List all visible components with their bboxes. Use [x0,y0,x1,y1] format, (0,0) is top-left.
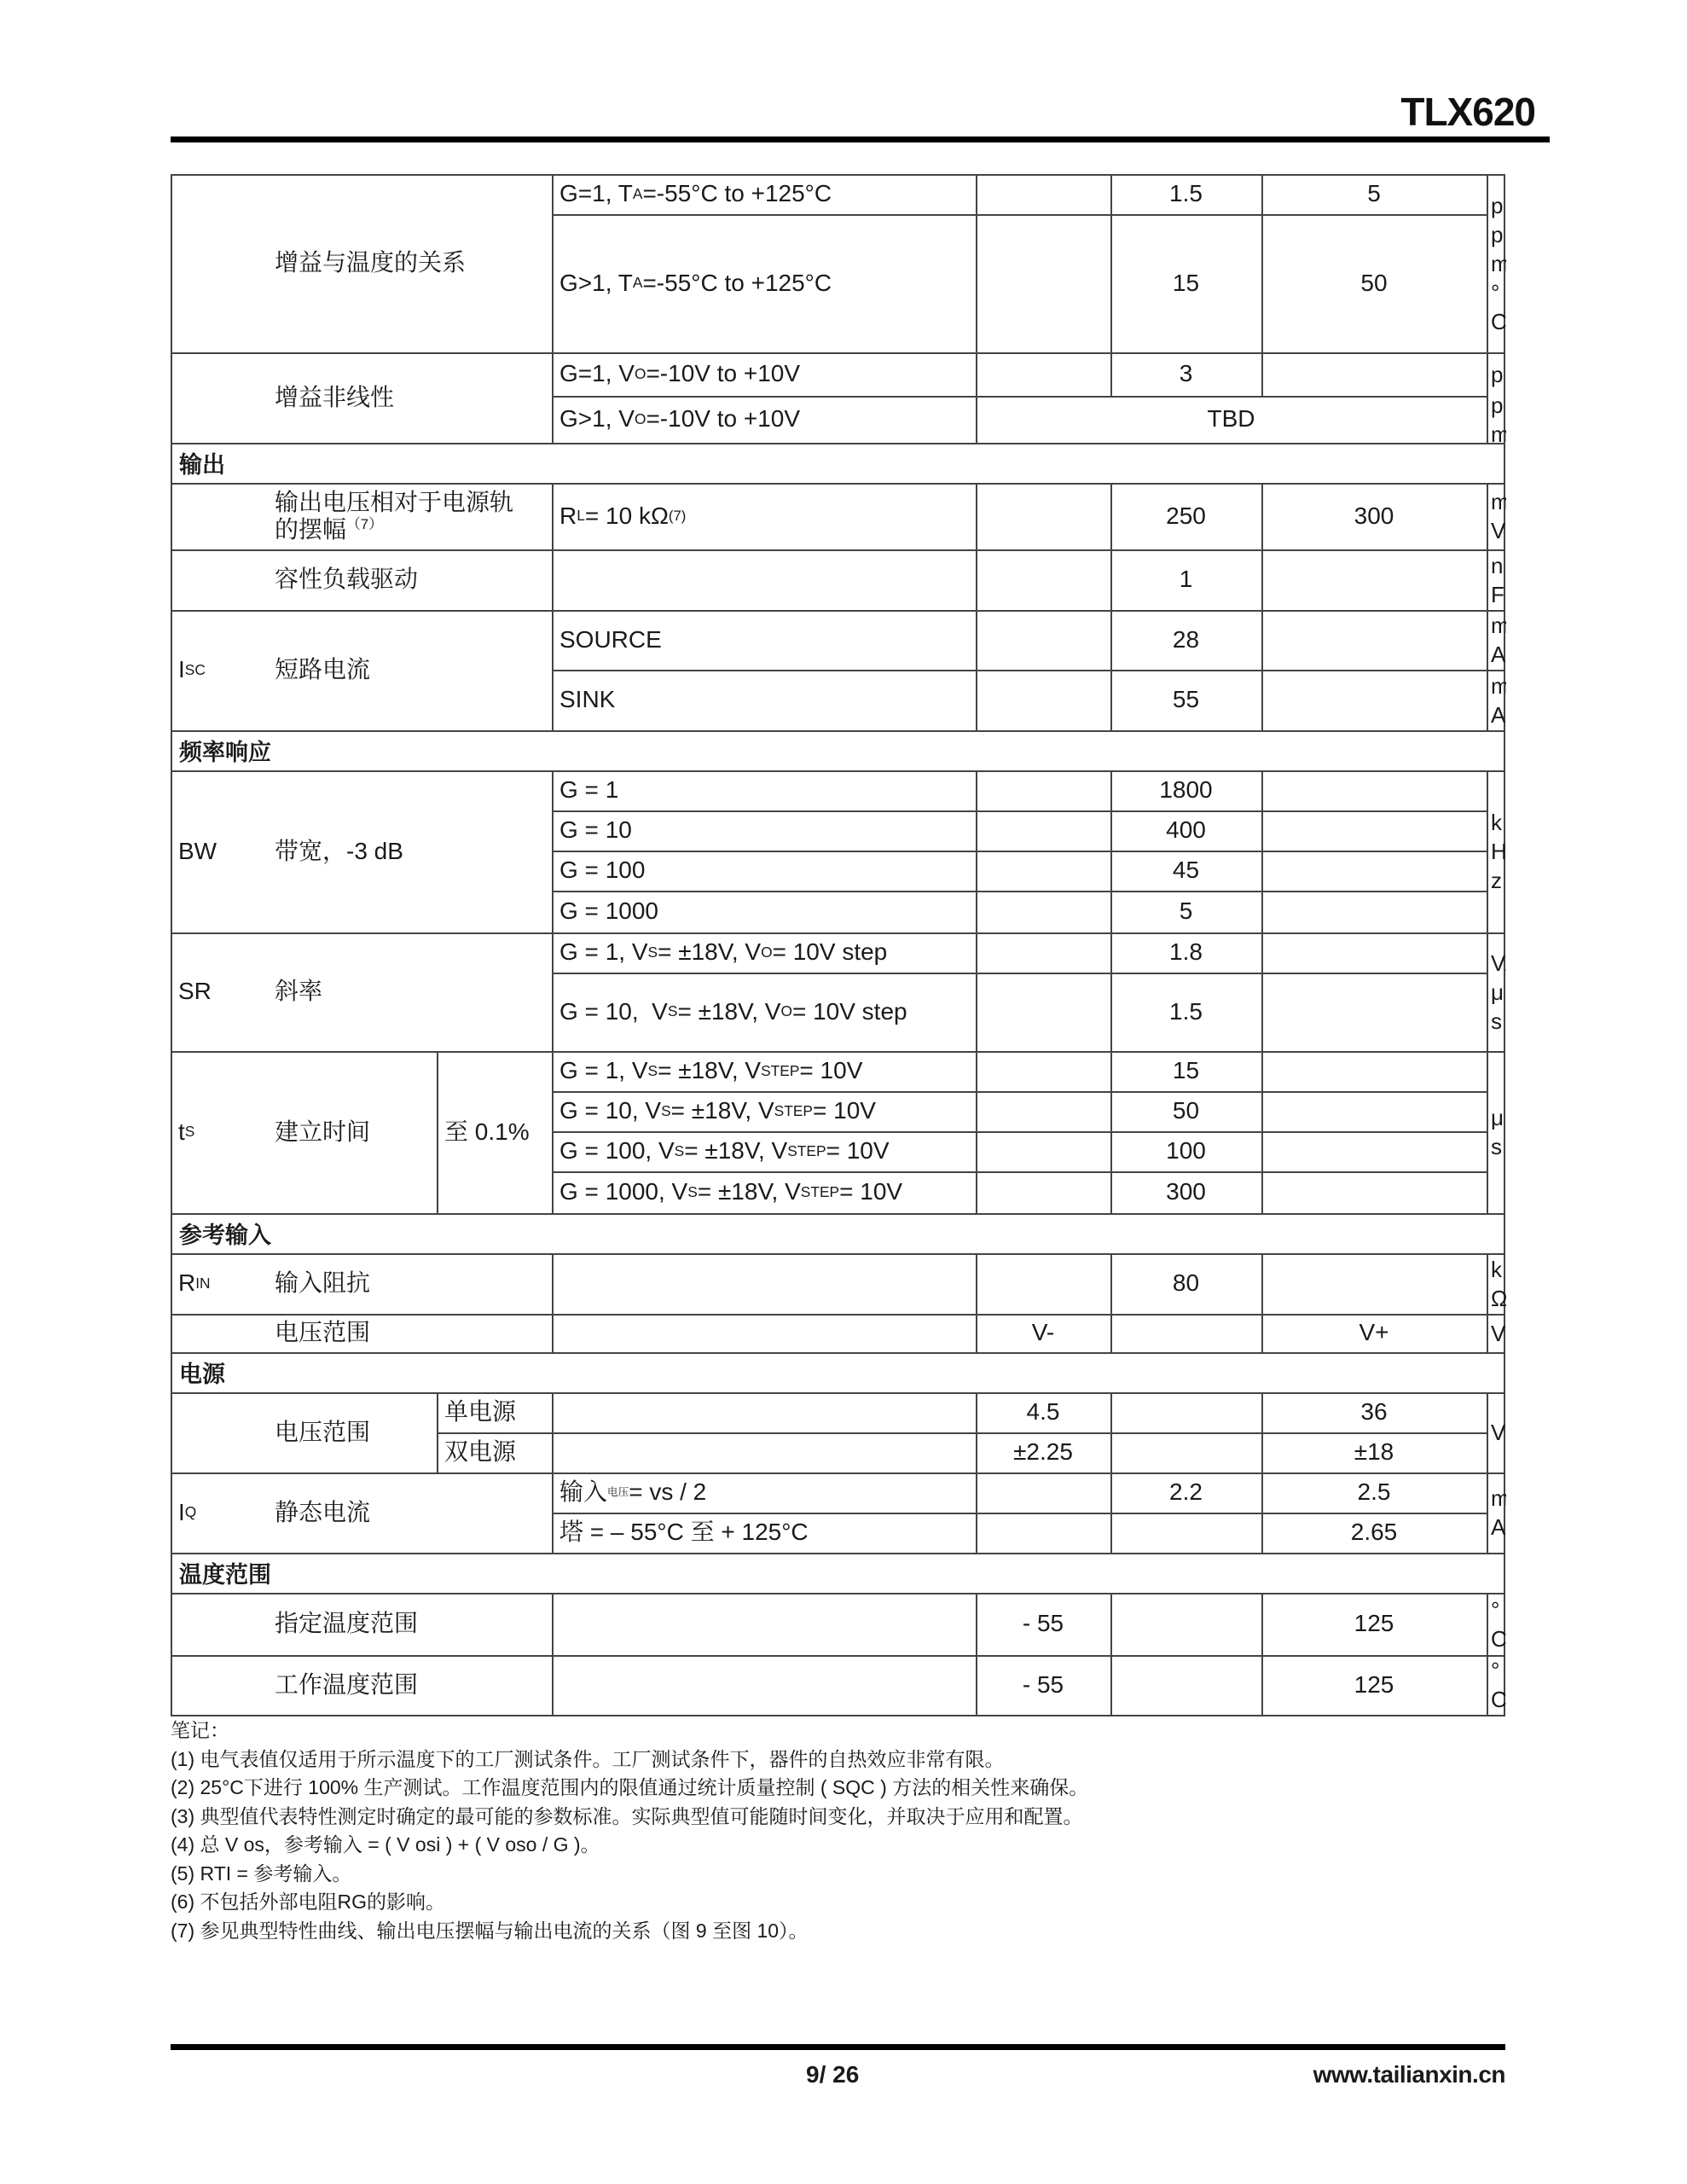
condition-cell: G = 1 [559,770,969,810]
cond-text: G = 10, V [559,998,668,1025]
note-item: (2) 25°C下进行 100% 生产测试。工作温度范围内的限值通过统计质量控制… [171,1774,1088,1803]
row-divider [171,443,1505,444]
max-value: 5 [1261,174,1487,214]
typ-value: 15 [1110,1051,1261,1091]
unit-cell: V/μs [1491,932,1506,1051]
unit-text: pm [1491,396,1503,443]
max-value: ±18 [1261,1432,1487,1472]
cond-text: = 10 kΩ [585,502,669,530]
max-value: 2.65 [1261,1513,1487,1553]
condition-cell: G>1, TA=-55°C to +125°C [559,214,969,352]
symbol-sr: SR [178,932,264,1051]
cond-text: G=1, T [559,180,633,207]
typ-value: 55 [1110,670,1261,730]
condition-cell: G = 10, VS = ±18V, VO = 10V step [559,973,969,1051]
cond-text: G = 100, V [559,1137,675,1165]
website-link[interactable]: www.tailianxin.cn [1313,2061,1505,2088]
param-capacitive-load: 容性负载驱动 [275,549,548,610]
unit-text: ppm/°C [1491,191,1503,336]
typ-value: 100 [1110,1131,1261,1171]
max-value: 50 [1261,214,1487,352]
qualifier-cell: 至 0.1% [444,1051,550,1213]
header-rule [171,136,1550,142]
cond-sub: O [761,944,773,961]
unit-cell: kHz [1491,770,1506,932]
param-settling-time: 建立时间 [275,1051,432,1213]
condition-cell: G>1, VO=-10V to +10V [559,396,969,443]
cond-text: = 10V [826,1137,890,1165]
cond-sub: S [687,1184,698,1201]
param-slew-rate: 斜率 [275,932,548,1051]
param-specified-temp-range: 指定温度范围 [275,1593,548,1655]
document-title: TLX620 [1400,89,1535,135]
cond-sub: L [577,508,585,525]
unit-cell: ppm/°C [1491,174,1506,352]
max-value: 2.5 [1261,1472,1487,1513]
cond-sub: STEP [787,1143,826,1160]
symbol-text: I [178,1499,185,1526]
typ-value: 300 [1110,1171,1261,1213]
unit-cell: mA [1491,670,1506,730]
cond-sub: STEP [801,1184,839,1201]
unit-cell: kΩ [1491,1253,1506,1314]
col-divider [552,770,554,1213]
col-divider [976,770,977,1213]
min-value: - 55 [976,1593,1110,1655]
cond-text: = ±18V, V [698,1178,801,1205]
unit-text: °C [1491,1656,1503,1714]
cond-text: = ±18V, V [684,1137,787,1165]
cond-text: G = 10, V [559,1097,661,1124]
min-value: 4.5 [976,1392,1110,1432]
cond-text: G = 1, V [559,1057,648,1084]
symbol-sub: IN [195,1275,210,1292]
param-voltage-range-rti: 电压范围 [275,1314,548,1352]
condition-cell: G = 100, VS = ±18V, VSTEP = 10V [559,1131,969,1171]
condition-cell: G = 10, VS = ±18V, VSTEP = 10V [559,1091,969,1131]
tbd-value: TBD [976,396,1487,443]
condition-cell: 塔 = – 55°C 至 + 125°C [559,1513,969,1553]
cond-text: = vs / 2 [629,1478,706,1506]
cond-text: = 10V [813,1097,876,1124]
symbol-sub: Q [185,1504,197,1521]
cond-sub: S [661,1103,671,1120]
cond-text: G>1, T [559,270,633,297]
condition-cell: G = 1000, VS = ±18V, VSTEP = 10V [559,1171,969,1213]
symbol-isc: ISC [178,610,264,730]
col-divider [1487,483,1488,730]
condition-cell: G = 1, VS = ±18V, VO = 10V step [559,932,969,973]
symbol-text: I [178,656,185,683]
unit-cell: μs [1491,1051,1506,1213]
cond-sub: S [648,944,658,961]
typ-value: 2.2 [1110,1472,1261,1513]
unit-text: p [1491,360,1506,389]
cond-text: = 10V step [773,938,888,966]
note-item: (1) 电气表值仅适用于所示温度下的工厂测试条件。工厂测试条件下，器件的自热效应… [171,1745,1088,1774]
max-value: V+ [1261,1314,1487,1352]
col-divider [1487,1593,1488,1715]
note-item: (3) 典型值代表特性测定时确定的最可能的参数标准。实际典型值可能随时间变化，并… [171,1803,1088,1832]
section-frequency-response: 频率响应 [179,730,271,770]
col-divider [1487,1392,1488,1553]
typ-value: 28 [1110,610,1261,670]
typ-value: 250 [1110,483,1261,549]
cond-text: = ±18V, V [671,1097,774,1124]
typ-value: 1.5 [1110,174,1261,214]
col-divider [437,1051,438,1213]
param-text: 输出电压相对于电源轨 [275,489,513,516]
cond-sub: A [633,275,643,292]
cond-sub: O [635,411,646,428]
cond-sub: S [675,1143,685,1160]
unit-text: mA [1491,611,1503,669]
unit-text: mV [1491,487,1503,545]
condition-cell: SOURCE [559,610,969,670]
cond-sub: A [633,186,643,203]
condition-cell: G = 100 [559,851,969,891]
cond-text: = ±18V, V [658,1057,761,1084]
max-value: 125 [1261,1655,1487,1715]
notes-block: 笔记： (1) 电气表值仅适用于所示温度下的工厂测试条件。工厂测试条件下，器件的… [171,1716,1088,1945]
col-divider [552,483,554,730]
cond-sub: STEP [761,1063,799,1080]
unit-cell: mV [1491,483,1506,549]
cond-text: 输入 [559,1478,607,1506]
param-short-circuit: 短路电流 [275,610,548,730]
cond-text: G = 1000, V [559,1178,687,1205]
param-gain-nonlinearity: 增益非线性 [275,352,548,443]
unit-cell: V [1491,1314,1506,1352]
cond-text: = 10V [799,1057,862,1084]
col-divider [1110,1593,1112,1715]
symbol-text: R [178,1269,195,1297]
param-quiescent-current: 静态电流 [275,1472,548,1553]
row-divider [171,1213,1505,1215]
col-divider [1487,770,1488,1213]
cond-sub: O [635,366,646,383]
symbol-sub: SC [185,662,206,679]
cond-text: G = 1, V [559,938,648,966]
param-output-swing: 输出电压相对于电源轨 的摆幅（7） [275,483,548,549]
note-item: (7) 参见典型特性曲线、输出电压摆幅与输出电流的关系（图 9 至图 10）。 [171,1917,1088,1946]
param-input-impedance: 输入阻抗 [275,1253,548,1314]
col-divider [552,1253,554,1352]
cond-sub: S [648,1063,658,1080]
notes-title: 笔记： [171,1716,1088,1745]
condition-cell: G = 1000 [559,891,969,932]
condition-cell: 输入电压 = vs / 2 [559,1472,969,1513]
typ-value: 3 [1110,352,1261,396]
col-divider [552,1593,554,1715]
section-temperature-range: 温度范围 [179,1553,271,1593]
unit-cell: °C [1491,1593,1506,1655]
param-gain-vs-temp: 增益与温度的关系 [275,174,548,352]
max-value: 300 [1261,483,1487,549]
cond-text: =-10V to +10V [646,360,800,387]
col-divider [1261,770,1263,1213]
min-value: V- [976,1314,1110,1352]
condition-cell: G = 1, VS = ±18V, VSTEP = 10V [559,1051,969,1091]
col-divider [552,174,554,443]
max-value: 125 [1261,1593,1487,1655]
typ-value: 1.8 [1110,932,1261,973]
condition-cell: G=1, VO=-10V to +10V [559,352,969,396]
symbol-iq: IQ [178,1472,264,1553]
param-supply-voltage-range: 电压范围 [275,1392,432,1472]
cond-sub: 电压 [607,1486,629,1498]
cond-text: G=1, V [559,360,635,387]
row-divider [171,730,1505,732]
unit-text: kHz [1491,808,1503,895]
typ-value: 50 [1110,1091,1261,1131]
unit-cell: V [1491,1392,1506,1472]
cond-text: =-55°C to +125°C [642,180,832,207]
cond-sub: STEP [774,1103,813,1120]
cond-sub: O [780,1003,792,1020]
unit-cell: mA [1491,1472,1506,1553]
condition-cell: RL = 10 kΩ(7) [559,483,969,549]
footer-rule [171,2044,1505,2050]
col-divider [437,1392,438,1472]
unit-text: μs [1491,1103,1503,1161]
unit-cell: °C [1491,1655,1506,1715]
cond-sub: S [668,1003,678,1020]
row-divider [171,1352,1505,1354]
symbol-ts: tS [178,1051,264,1213]
symbol-bw: BW [178,770,264,932]
unit-cell: pm [1491,396,1506,443]
typ-value: 1800 [1110,770,1261,810]
note-item: (6) 不包括外部电阻RG的影响。 [171,1888,1088,1917]
unit-text: mA [1491,1484,1503,1542]
section-referred-to-input: 参考输入 [179,1213,271,1253]
row-divider [171,1553,1505,1554]
typ-value: 45 [1110,851,1261,891]
typ-value: 5 [1110,891,1261,932]
typ-value: 15 [1110,214,1261,352]
section-power-supply: 电源 [179,1352,225,1392]
unit-cell: mA [1491,610,1506,670]
min-value: - 55 [976,1655,1110,1715]
symbol-sub: S [185,1124,195,1141]
note-item: (5) RTI = 参考输入。 [171,1860,1088,1889]
param-bandwidth: 带宽，-3 dB [275,770,548,932]
table-border-left [171,174,172,1715]
min-value: ±2.25 [976,1432,1110,1472]
param-text: 的摆幅 [275,516,346,543]
cond-text: =-10V to +10V [646,405,800,433]
unit-text: °C [1491,1595,1503,1653]
col-divider [1487,1253,1488,1352]
footnote-ref: （7） [346,516,383,532]
col-divider [1487,174,1488,443]
unit-cell: nF [1491,549,1506,610]
cond-text: =-55°C to +125°C [642,270,832,297]
typ-value: 1.5 [1110,973,1261,1051]
typ-value: 400 [1110,810,1261,851]
unit-text: nF [1491,551,1503,609]
unit-text: V [1491,1319,1506,1348]
condition-cell: G = 10 [559,810,969,851]
cond-text: R [559,502,577,530]
cond-text: G>1, V [559,405,635,433]
max-value: 36 [1261,1392,1487,1432]
typ-value: 80 [1110,1253,1261,1314]
cond-text: = ±18V, V [658,938,761,966]
typ-value: 1 [1110,549,1261,610]
col-divider [976,483,977,730]
dual-supply-label: 双电源 [444,1432,550,1472]
condition-cell: SINK [559,670,969,730]
note-item: (4) 总 V os，参考输入 = ( V osi ) + ( V oso / … [171,1831,1088,1860]
cond-text: = 10V [839,1178,902,1205]
unit-text: V/μs [1491,949,1503,1036]
footnote-ref: (7) [669,508,687,524]
unit-cell: p [1491,352,1506,396]
unit-text: V [1491,1418,1506,1447]
param-operating-temp-range: 工作温度范围 [275,1655,548,1715]
section-output: 输出 [179,443,225,483]
unit-text: mA [1491,671,1503,729]
symbol-rin: RIN [178,1253,264,1314]
col-divider [552,1392,554,1553]
condition-cell: G=1, TA=-55°C to +125°C [559,174,969,214]
cond-text: = ±18V, V [677,998,780,1025]
page-number: 9/ 26 [806,2061,859,2088]
symbol-text: t [178,1118,185,1146]
unit-text: kΩ [1491,1255,1503,1313]
cond-text: = 10V step [792,998,907,1025]
single-supply-label: 单电源 [444,1392,550,1432]
